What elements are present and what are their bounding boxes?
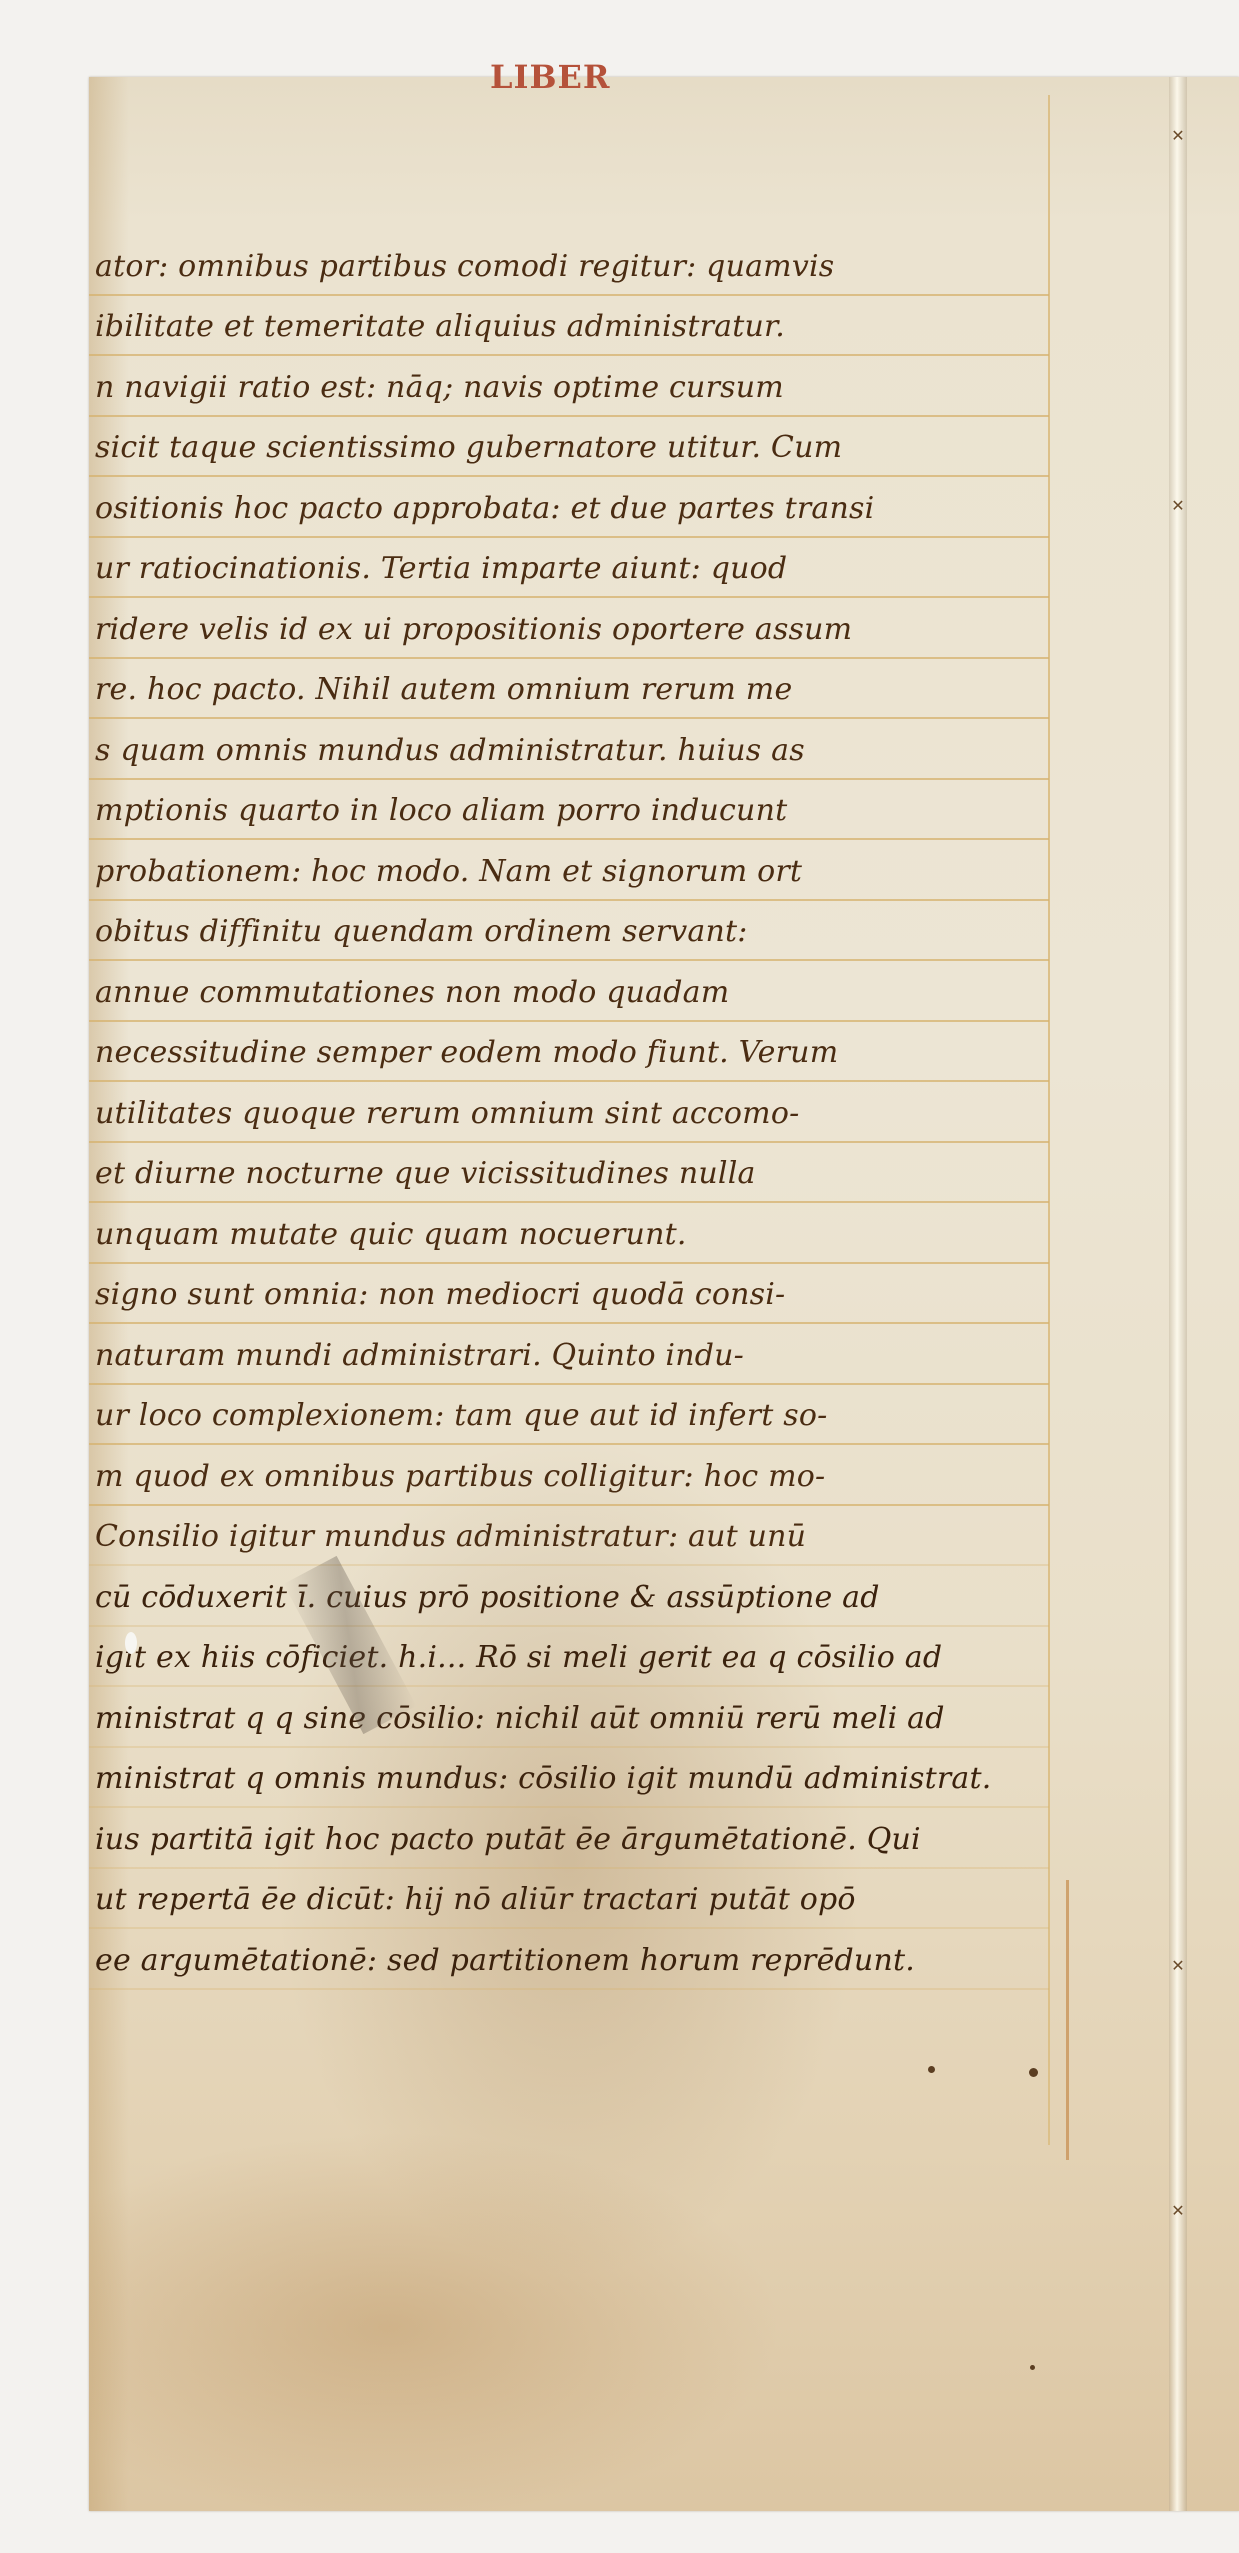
- line-text: igit ex hiis cōficiet. h.i... Rō si meli…: [95, 1640, 942, 1675]
- line-text: n navigii ratio est: nāq; navis optime c…: [95, 370, 784, 405]
- text-line: m quod ex omnibus partibus colligitur: h…: [89, 1445, 1049, 1506]
- text-line: naturam mundi administrari. Quinto indu-: [89, 1324, 1049, 1385]
- line-text: re. hoc pacto. Nihil autem omnium rerum …: [95, 672, 792, 707]
- text-line: ator: omnibus partibus comodi regitur: q…: [89, 235, 1049, 296]
- text-line: re. hoc pacto. Nihil autem omnium rerum …: [89, 659, 1049, 720]
- text-line: cū cōduxerit ī. cuius prō positione & as…: [89, 1566, 1049, 1627]
- stitch-mark-icon: ✕: [1171, 2202, 1185, 2220]
- line-text: ositionis hoc pacto approbata: et due pa…: [95, 491, 874, 526]
- line-text: ius partitā igit hoc pacto putāt ēe ārgu…: [95, 1822, 921, 1857]
- text-line: s quam omnis mundus administratur. huius…: [89, 719, 1049, 780]
- stitch-mark-icon: ✕: [1171, 497, 1185, 515]
- line-text: annue commutationes non modo quadam: [95, 975, 729, 1010]
- text-line: ius partitā igit hoc pacto putāt ēe ārgu…: [89, 1808, 1049, 1869]
- running-title: LIBER: [490, 58, 690, 98]
- text-line: Consilio igitur mundus administratur: au…: [89, 1506, 1049, 1567]
- binding-fold: [1169, 77, 1187, 2511]
- line-text: ministrat q omnis mundus: cōsilio igit m…: [95, 1761, 991, 1796]
- text-line: sicit taque scientissimo gubernatore uti…: [89, 417, 1049, 478]
- text-line: probationem: hoc modo. Nam et signorum o…: [89, 840, 1049, 901]
- text-line: et diurne nocturne que vicissitudines nu…: [89, 1143, 1049, 1204]
- text-line: ur ratiocinationis. Tertia imparte aiunt…: [89, 538, 1049, 599]
- line-text: s quam omnis mundus administratur. huius…: [95, 733, 805, 768]
- manuscript-text-block: ator: omnibus partibus comodi regitur: q…: [89, 235, 1049, 1990]
- line-text: ee argumētationē: sed partitionem horum …: [95, 1943, 915, 1978]
- text-line: ee argumētationē: sed partitionem horum …: [89, 1929, 1049, 1990]
- ink-speck: [1030, 2365, 1035, 2370]
- line-text: ministrat q q sine cōsilio: nichil aūt o…: [95, 1701, 945, 1736]
- line-text: m quod ex omnibus partibus colligitur: h…: [95, 1459, 825, 1494]
- text-line: ositionis hoc pacto approbata: et due pa…: [89, 477, 1049, 538]
- line-text: cū cōduxerit ī. cuius prō positione & as…: [95, 1580, 880, 1615]
- line-text: ur loco complexionem: tam que aut id inf…: [95, 1398, 827, 1433]
- text-line: signo sunt omnia: non mediocri quodā con…: [89, 1264, 1049, 1325]
- line-text: ator: omnibus partibus comodi regitur: q…: [95, 249, 834, 284]
- text-line: ridere velis id ex ui propositionis opor…: [89, 598, 1049, 659]
- line-text: ridere velis id ex ui propositionis opor…: [95, 612, 852, 647]
- line-text: sicit taque scientissimo gubernatore uti…: [95, 430, 842, 465]
- line-text: Consilio igitur mundus administratur: au…: [95, 1519, 806, 1554]
- text-line: necessitudine semper eodem modo fiunt. V…: [89, 1022, 1049, 1083]
- text-line: utilitates quoque rerum omnium sint acco…: [89, 1082, 1049, 1143]
- line-text: ibilitate et temeritate aliquius adminis…: [95, 309, 785, 344]
- text-line: ministrat q omnis mundus: cōsilio igit m…: [89, 1748, 1049, 1809]
- ink-speck: [1029, 2068, 1038, 2077]
- punch-hole: [125, 1632, 137, 1654]
- stitch-mark-icon: ✕: [1171, 1957, 1185, 1975]
- line-text: obitus diffinitu quendam ordinem servant…: [95, 914, 748, 949]
- line-text: unquam mutate quic quam nocuerunt.: [95, 1217, 687, 1252]
- text-line: ministrat q q sine cōsilio: nichil aūt o…: [89, 1687, 1049, 1748]
- text-line: igit ex hiis cōficiet. h.i... Rō si meli…: [89, 1627, 1049, 1688]
- line-text: probationem: hoc modo. Nam et signorum o…: [95, 854, 802, 889]
- line-text: et diurne nocturne que vicissitudines nu…: [95, 1156, 756, 1191]
- margin-ruling-line-lower: [1066, 1880, 1069, 2160]
- stitch-mark-icon: ✕: [1171, 127, 1185, 145]
- text-line: ur loco complexionem: tam que aut id inf…: [89, 1385, 1049, 1446]
- line-text: utilitates quoque rerum omnium sint acco…: [95, 1096, 799, 1131]
- line-text: mptionis quarto in loco aliam porro indu…: [95, 793, 787, 828]
- text-line: n navigii ratio est: nāq; navis optime c…: [89, 356, 1049, 417]
- ink-speck: [928, 2066, 935, 2073]
- text-line: unquam mutate quic quam nocuerunt.: [89, 1203, 1049, 1264]
- text-line: obitus diffinitu quendam ordinem servant…: [89, 901, 1049, 962]
- line-text: necessitudine semper eodem modo fiunt. V…: [95, 1035, 838, 1070]
- line-text: naturam mundi administrari. Quinto indu-: [95, 1338, 744, 1373]
- text-line: ibilitate et temeritate aliquius adminis…: [89, 296, 1049, 357]
- line-text: ut repertā ēe dicūt: hij nō aliūr tracta…: [95, 1882, 856, 1917]
- line-text: signo sunt omnia: non mediocri quodā con…: [95, 1277, 785, 1312]
- text-line: annue commutationes non modo quadam: [89, 961, 1049, 1022]
- text-line: ut repertā ēe dicūt: hij nō aliūr tracta…: [89, 1869, 1049, 1930]
- line-text: ur ratiocinationis. Tertia imparte aiunt…: [95, 551, 787, 586]
- text-line: mptionis quarto in loco aliam porro indu…: [89, 780, 1049, 841]
